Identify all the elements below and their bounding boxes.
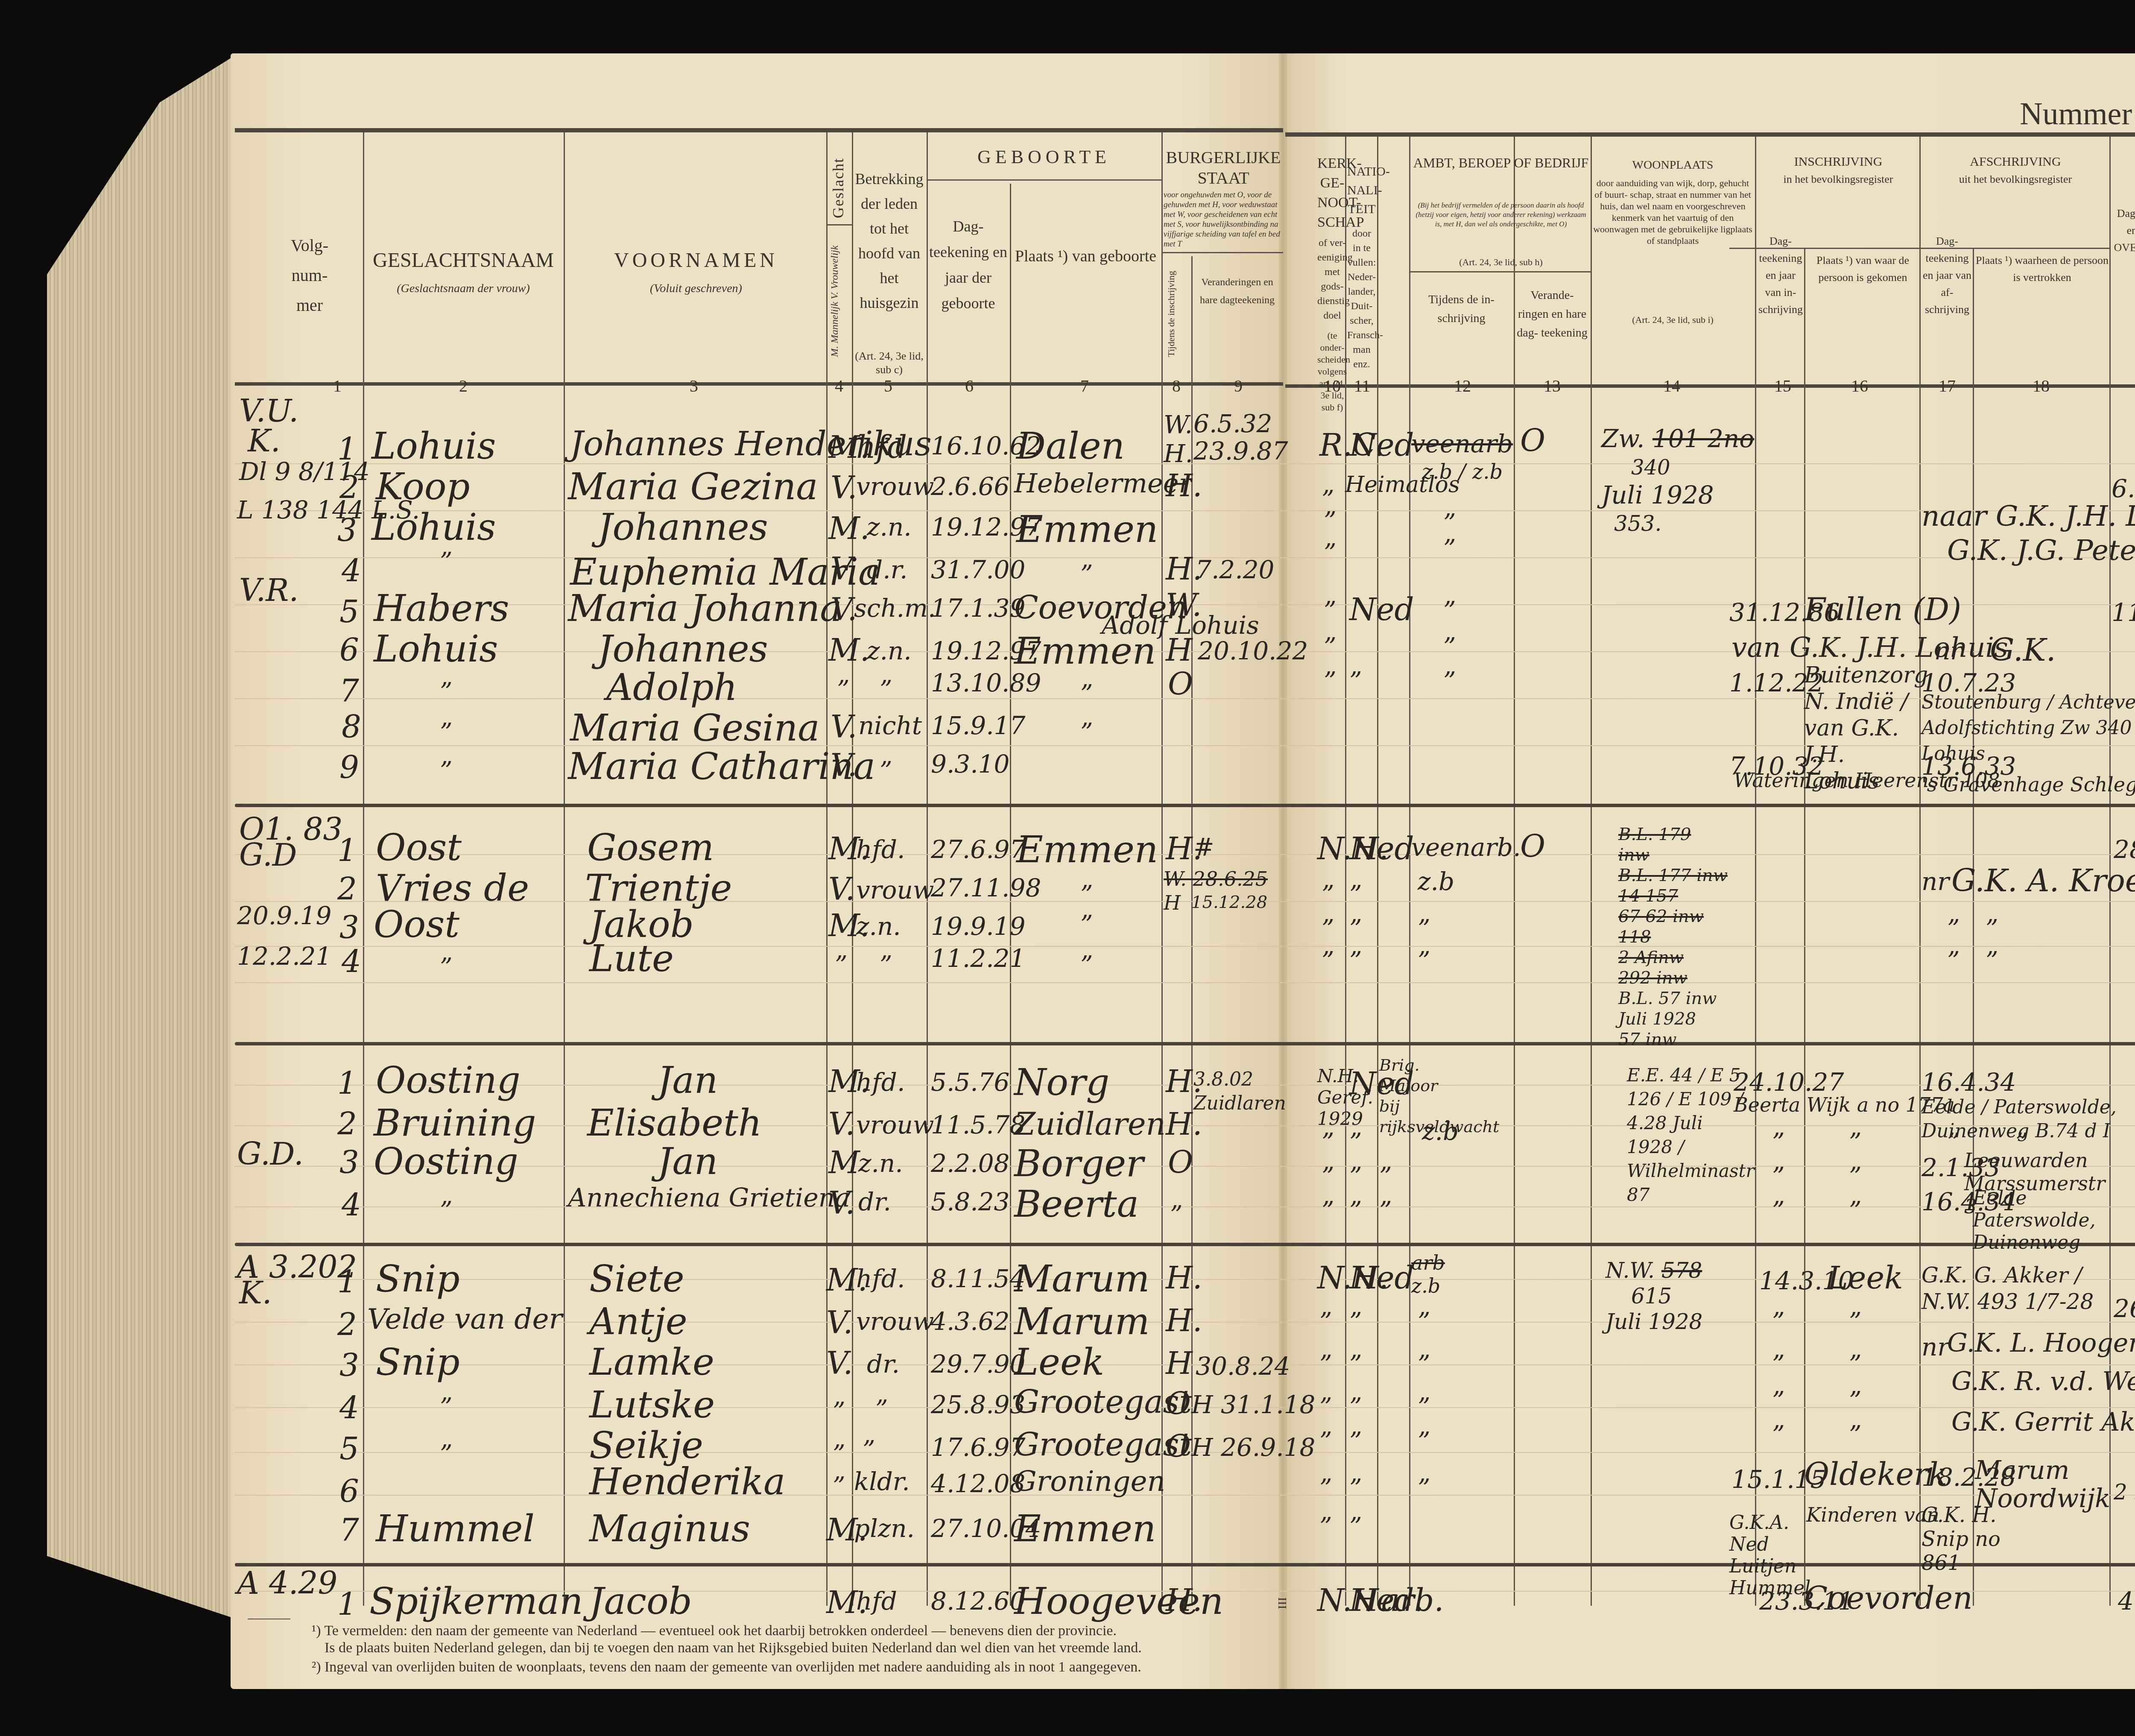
civil-status: H (1166, 632, 1193, 668)
page-marker: III (1281, 1597, 1290, 1609)
origin-place: Coevorden (1804, 1580, 1973, 1616)
birth-place: Marum (1014, 1300, 1149, 1343)
header-col4-sub: M. Mannelijk V. Vrouwelijk (829, 239, 850, 363)
birth-place: Hebelermeer (1014, 468, 1191, 499)
relation: vrouw (856, 1307, 934, 1336)
birth-date: 5.8.23 (931, 1187, 1009, 1216)
occupation: ” (1418, 1426, 1430, 1455)
header-col12: Tijdens de in- schrijving (1411, 290, 1512, 328)
margin-note: G.D (239, 837, 297, 873)
registration-date: ” (1772, 1307, 1785, 1336)
nationality: ” (1349, 914, 1362, 943)
header-col19: Dag- teekening en jaar van OVER- LIJDEN … (2112, 205, 2135, 273)
given-names: Maria Gesina (570, 707, 819, 749)
civil-changes: H 26.9.18 (1191, 1433, 1315, 1462)
religion: ” (1324, 596, 1337, 625)
header-subtitle: uit het bevolkingsregister (1921, 173, 2109, 187)
footnote-1: ¹) Te vermelden: den naam der gemeente v… (312, 1623, 1117, 1639)
surname: Spijkerman (369, 1580, 583, 1623)
relation: ” (880, 950, 892, 979)
relation: nicht (858, 711, 922, 740)
birth-place: Emmen (1014, 1508, 1156, 1550)
header-subtitle: (Geslachtsnaam der vrouw) (367, 281, 559, 296)
header-title: NATIO- NALI- TEIT (1347, 162, 1376, 219)
religion: ” (1322, 1127, 1334, 1156)
header-burgerlijke-staat: BURGERLIJKE STAAT (1164, 147, 1283, 188)
given-names: Jacob (589, 1580, 692, 1623)
birth-place: Dalen (1016, 425, 1125, 468)
sex: M. (828, 510, 870, 546)
footnote-rule (248, 1619, 290, 1619)
column-number: 8 (1168, 376, 1185, 396)
birth-place: Borger (1014, 1142, 1144, 1185)
birth-place: Emmen (1016, 828, 1158, 871)
occupation: veenarb (1411, 429, 1513, 458)
header-top-rule-right (1285, 132, 2135, 137)
header-col14-article: (Art. 24, 3e lid, sub i) (1593, 314, 1753, 325)
row-number: 5 (339, 1431, 359, 1467)
surname: Oosting (374, 1140, 518, 1183)
header-col7: Plaats ¹) van geboorte (1012, 243, 1159, 269)
civil-status: O (1168, 666, 1193, 702)
deregistration-place: ” (1986, 914, 1998, 943)
origin-place: ” (1849, 1420, 1862, 1449)
header-bottom-rule-right (1285, 384, 2135, 388)
column-number: 14 (1661, 376, 1682, 396)
religion: ” (1322, 914, 1334, 943)
column-number: 12 (1452, 376, 1473, 396)
header-subtitle: of ver- eeniging met gods- dienstig doel (1317, 236, 1347, 323)
given-names: Maria Johanna (568, 587, 842, 630)
row-number: 3 (339, 1145, 359, 1180)
occupation: ” (1418, 914, 1430, 943)
civil-changes: 6.5.3223.9.87 (1193, 410, 1288, 465)
col-divider (1409, 137, 1410, 1606)
col-divider (1919, 137, 1921, 1606)
column-number: 16 (1849, 376, 1870, 396)
given-names: Johannes (598, 506, 768, 549)
row-number: 8 (342, 709, 361, 745)
column-number: 17 (1936, 376, 1958, 396)
nationality: ” (1349, 1512, 1362, 1541)
header-col3: VOORNAMEN (Voluit geschreven) (568, 248, 824, 296)
residence: Zw. 101 2no340Juli 1928353. (1601, 425, 1754, 537)
residence: B.L. 179inwB.L. 177 inw14 15767 62 inw11… (1618, 824, 1746, 1050)
row-number: 1 (337, 1587, 357, 1622)
relation: hfd. (856, 1264, 905, 1293)
birth-place: Grootegast (1014, 1426, 1192, 1463)
occupation: z.b (1418, 867, 1454, 896)
row-number: 7 (339, 1512, 359, 1548)
civil-status: ” (1170, 1200, 1183, 1229)
nationality: ” (1349, 1127, 1362, 1156)
deregistration-place: ” (1986, 946, 1998, 975)
sex: ” (833, 1439, 845, 1468)
relation: sch.m. (854, 594, 936, 623)
sex: V. (828, 1106, 855, 1142)
birth-place: ” (1080, 559, 1093, 588)
relation: d.r. (867, 555, 907, 584)
relation: z.n. (867, 636, 912, 665)
civil-status: W.H. (1164, 410, 1193, 468)
header-title: AFSCHRIJVING (1921, 154, 2109, 170)
nationality: ” (1349, 1196, 1362, 1225)
death-date: 26.12.24 (2114, 1294, 2135, 1323)
nationality: ” (1349, 666, 1362, 695)
header-subtitle: (Voluit geschreven) (568, 281, 824, 296)
birth-place: Groningen (1014, 1465, 1165, 1498)
family-separator (235, 1563, 2135, 1566)
religion: ” (1319, 1392, 1332, 1421)
birth-date: 29.7.90 (931, 1350, 1025, 1379)
header-subtitle: door in te vullen: Neder- lander, Duit- … (1347, 226, 1376, 372)
sex: ” (837, 675, 850, 704)
given-names: Maria Gezina (568, 465, 818, 508)
header-col5: Betrekking der leden tot het hoofd van h… (854, 167, 924, 377)
col-divider (564, 132, 565, 1606)
column-number: 11 (1351, 376, 1373, 396)
given-names: Lutske (589, 1384, 715, 1426)
birth-place: ” (1080, 950, 1093, 979)
surname: Oost (374, 903, 459, 946)
birth-place: Marum (1014, 1258, 1149, 1300)
book-page-edges (47, 56, 235, 1619)
nationality: Ned (1349, 427, 1414, 463)
surname: Oosting (376, 1059, 521, 1102)
deregistration-place: G.K. J.G. Peters (1947, 534, 2135, 567)
religion: ” (1319, 1426, 1332, 1455)
col-divider (826, 132, 828, 1606)
header-col6: Dag- teekening en jaar der geboorte (929, 214, 1008, 316)
origin-place: Fullen (D) (1804, 591, 1961, 627)
given-names: Johannes (598, 628, 768, 670)
margin-note: 12.2.21 (237, 942, 331, 971)
column-number: 5 (880, 376, 897, 396)
surname: Habers (374, 587, 509, 630)
header-col4-title: Geslacht (829, 154, 850, 222)
death-date: 28.6.25 (2114, 835, 2135, 864)
relation: kldr. (854, 1467, 910, 1496)
sex: V. (826, 1305, 853, 1341)
birth-date: 15.9.17 (931, 711, 1025, 740)
occupation: z.b (1422, 1117, 1459, 1146)
col-divider (1377, 137, 1378, 1606)
row-number: 5 (339, 594, 359, 629)
col-divider (1804, 248, 1805, 1606)
deregistration-place: 's Gravenhage Schlegelstraat 108 (1921, 773, 2135, 796)
nationality: ” (1349, 946, 1362, 975)
occupation: arbz.b (1411, 1251, 1445, 1297)
col-divider (1591, 137, 1592, 1606)
religion: ” (1319, 1307, 1332, 1336)
relation: dr. (867, 1350, 900, 1379)
origin-place: ” (1849, 1350, 1862, 1379)
birth-place: Beerta (1014, 1183, 1139, 1226)
occupation-change: O (1520, 423, 1545, 459)
given-names: Annechiena Grietiena (568, 1183, 850, 1213)
relation: z.n. (856, 912, 901, 941)
row-number: 2 (337, 1307, 357, 1343)
column-number: 3 (685, 376, 702, 396)
occupation: veenarb. (1411, 833, 1521, 862)
relation: ” (863, 1435, 875, 1464)
religion: ” (1322, 880, 1334, 909)
death-date: 6.5.32 (2112, 474, 2135, 503)
column-number: 18 (2030, 376, 2052, 396)
column-number: 1 (329, 376, 346, 396)
sex: M. (828, 632, 870, 668)
occupation: ” (1443, 534, 1456, 563)
sex: ” (833, 1396, 845, 1426)
civil-status: H. (1166, 468, 1202, 504)
deregistration-place: naar G.K. J.H. Lohuis (1921, 500, 2135, 533)
header-col1: Volg- num- mer (267, 231, 352, 320)
surname: Oost (376, 826, 462, 869)
registration-date: ” (1772, 1162, 1785, 1191)
origin-place: ” (1849, 1196, 1862, 1225)
relation: vrouw (856, 875, 934, 905)
occupation: ” (1418, 946, 1430, 975)
sex: V. (831, 470, 857, 506)
surname: ” (440, 1439, 453, 1468)
civil-changes: 30.8.24 (1196, 1352, 1290, 1381)
header-subtitle: (te onder- scheiden volgens art. 24, 3e … (1317, 330, 1347, 413)
birth-place: Zuidlaren (1014, 1106, 1166, 1142)
residence: N.W. 578615Juli 1928 (1606, 1258, 1702, 1335)
header-col14-sub: door aanduiding van wijk, dorp, gehucht … (1593, 177, 1753, 246)
surname: Koop (376, 465, 470, 508)
surname: Snip (376, 1341, 460, 1384)
birth-date: 27.6.97 (931, 835, 1025, 864)
birth-date: 8.11.54 (931, 1264, 1025, 1293)
ruled-line (235, 982, 2135, 983)
header-col17: Dag- teekening en jaar van af- schrijvin… (1921, 233, 1973, 318)
col-divider (1973, 248, 1974, 1606)
religion: ” (1322, 1162, 1334, 1191)
row-number: 3 (337, 512, 357, 548)
sex: V. (831, 747, 857, 783)
civil-status: O (1168, 1145, 1193, 1180)
col-divider (852, 132, 853, 1606)
surname: Snip (376, 1258, 460, 1300)
birth-place: Norg (1014, 1061, 1109, 1104)
surname: Bruining (374, 1102, 536, 1145)
header-bottom-rule-left (235, 382, 1283, 386)
given-names: Antje (589, 1300, 687, 1343)
nationality: ” (1349, 1162, 1362, 1191)
given-names: Lute (589, 937, 674, 980)
sex: V. (828, 1185, 855, 1221)
registration-date: ” (1772, 1196, 1785, 1225)
origin-place: ” (1849, 1386, 1862, 1415)
birth-date: 17.1.39 (931, 594, 1025, 623)
header-col8: Tijdens de inschrijving (1166, 265, 1189, 363)
birth-date: 8.12.60 (931, 1587, 1025, 1616)
col-divider (1755, 137, 1756, 1606)
nationality: ” (1349, 1392, 1362, 1421)
given-names: Henderika (589, 1461, 785, 1503)
occupation: ” (1443, 666, 1456, 695)
column-number: 6 (961, 376, 978, 396)
header-title: INSCHRIJVING (1757, 154, 1919, 170)
header-title: GESLACHTSNAAM (367, 248, 559, 273)
deregistration-place: G.K. H. Snip no 861 (1921, 1503, 2007, 1575)
row-number: 1 (337, 833, 357, 869)
relation: ” (880, 756, 892, 785)
religion: ” (1319, 1512, 1332, 1541)
civil-status: H (1166, 1345, 1193, 1381)
civil-status: H. (1166, 1582, 1202, 1618)
occupation: ” (1418, 1392, 1430, 1421)
header-col18: Plaats ¹) waarheen de persoon is vertrok… (1975, 252, 2109, 286)
civil-status: O (1166, 1429, 1191, 1464)
birth-place: ” (1080, 910, 1093, 939)
occupation: Brig. Majoor bij rijksveldwacht (1379, 1055, 1422, 1137)
given-names: Lamke (589, 1341, 714, 1384)
geboorte-sub-rule (927, 179, 1161, 181)
surname: ” (440, 1196, 453, 1225)
origin-place: ” (1849, 1162, 1862, 1191)
deregistration-place: G.K. R. v.d. Wei (1951, 1367, 2135, 1396)
birth-date: 31.7.00 (931, 555, 1025, 584)
margin-note: K. (239, 1275, 272, 1311)
surname: ” (440, 677, 453, 706)
nationality: ” (1349, 1350, 1362, 1379)
registration-date: ” (1772, 1127, 1785, 1156)
occupation: ” (1418, 1473, 1430, 1502)
deregistration-date: nr (1921, 1332, 1949, 1361)
header-col16: Plaats ¹) van waar de persoon is gekomen (1806, 252, 1919, 286)
surname: ” (440, 756, 453, 785)
given-names: Jan (658, 1140, 718, 1183)
given-names: Maria Catharina (568, 745, 875, 788)
header-ambt-article: (Art. 24, 3e lid, sub h) (1411, 256, 1591, 268)
sex: V. (831, 709, 857, 745)
relation: z.n. (858, 1149, 903, 1178)
birth-date: 4.3.62 (931, 1307, 1009, 1336)
surname: ” (440, 717, 453, 747)
row-number: 2 (339, 470, 359, 506)
civil-status: O (1166, 1386, 1191, 1422)
header-text: Volg- (267, 231, 352, 261)
occupation: ” (1443, 632, 1456, 661)
family-separator (235, 1042, 2135, 1045)
given-names: Siete (589, 1258, 684, 1300)
nationality: Ned (1349, 831, 1414, 867)
sex: ” (835, 950, 848, 979)
header-col10: KERK- GE- NOOT- SCHAP of ver- eeniging m… (1317, 154, 1347, 413)
origin-place: ” (1849, 1307, 1862, 1336)
surname: ” (440, 547, 453, 576)
birth-place: Leek (1014, 1341, 1104, 1384)
registration-date: ” (1772, 1420, 1785, 1449)
deregistration-date: ” (1947, 914, 1960, 943)
family-separator (235, 804, 2135, 807)
column-number: 2 (455, 376, 472, 396)
nationality: ” (1349, 1426, 1362, 1455)
relation: dr. (858, 1187, 891, 1216)
occupation-change: O (1520, 828, 1545, 864)
civil-changes: # (1193, 833, 1214, 862)
row-number: 4 (342, 1187, 361, 1223)
header-ambt: AMBT, BEROEP OF BEDRIJF (1411, 154, 1591, 172)
sex: V. (828, 871, 855, 907)
religion: ” (1324, 538, 1337, 567)
religion: ” (1319, 1350, 1332, 1379)
origin-place: ” (1849, 1127, 1862, 1156)
header-title: Betrekking der leden tot het hoofd van h… (854, 167, 924, 315)
civil-status: H. (1166, 1260, 1202, 1296)
sex: ” (833, 1471, 845, 1500)
sex: V. (826, 1345, 853, 1381)
column-number: 7 (1076, 376, 1093, 396)
given-names: Adolph (606, 666, 737, 709)
column-number: 15 (1772, 376, 1793, 396)
surname: ” (440, 1392, 453, 1421)
column-number: 4 (831, 376, 848, 396)
deregistration-place: G.K. L. Hoogenberg (1947, 1328, 2135, 1358)
given-names: Elisabeth (587, 1102, 762, 1145)
row-number: 1 (337, 431, 357, 467)
row-number: 3 (339, 1347, 359, 1383)
sex: M (828, 1145, 860, 1180)
nationality: ” (1349, 1307, 1362, 1336)
civil-status: H. (1166, 1106, 1202, 1142)
row-number: 9 (339, 749, 359, 785)
death-note: 2 9/10 H. Snip (2114, 1480, 2135, 1505)
ruled-line (235, 946, 2135, 947)
row-number: 6 (339, 1473, 359, 1509)
sheet-number-label: Nummer van het blad (2020, 96, 2135, 132)
relation: ” (875, 1394, 888, 1423)
surname: ” (440, 952, 453, 981)
ruled-line (235, 1495, 2135, 1496)
column-number: 10 (1322, 376, 1343, 396)
civil-status: H. (1166, 1303, 1202, 1338)
registration-date: ” (1772, 1350, 1785, 1379)
row-number: 4 (342, 553, 361, 589)
birth-date: 11.2.21 (931, 944, 1025, 973)
religion: ” (1319, 1473, 1332, 1502)
row-number: 1 (337, 1066, 357, 1101)
header-col14-title: WOONPLAATS (1593, 158, 1753, 173)
registration-date: G.K.A. Ned Luitjen Hummel (1729, 1512, 1810, 1599)
deregistration-place: G.K. Gerrit Akker (1951, 1407, 2135, 1437)
header-geboorte: GEBOORTE (929, 145, 1159, 169)
nationality: ” (1349, 880, 1362, 909)
margin-note: G.D. (237, 1136, 304, 1172)
deregistration-date: ” (1947, 946, 1960, 975)
registration-date: ” (1772, 1386, 1785, 1415)
deregistration-place: Eelde Paterswolde, Duinenweg (1973, 1187, 2109, 1254)
relation: z.n. (867, 512, 912, 542)
death-date: 4.1.19 (2118, 1587, 2135, 1616)
surname: Lohuis (371, 425, 496, 468)
header-subtitle: (Art. 24, 3e lid, sub c) (854, 349, 924, 377)
religion: ” (1324, 632, 1337, 661)
origin-place: Kinderen van (1806, 1503, 1939, 1526)
bs-sub-rule (1161, 252, 1283, 253)
occupation: arb. (1381, 1582, 1444, 1618)
ruled-line (235, 510, 2135, 511)
nationality: Ned (1349, 591, 1414, 627)
deregistration-date: 16.4.34 (1921, 1068, 2016, 1097)
footnote-1-cont: Is de plaats buiten Nederland gelegen, d… (312, 1640, 1142, 1656)
header-title: VOORNAMEN (568, 248, 824, 273)
margin-note: 20.9.19 (237, 901, 331, 930)
surname: Lohuis (371, 506, 496, 549)
relation: ” (880, 675, 892, 704)
